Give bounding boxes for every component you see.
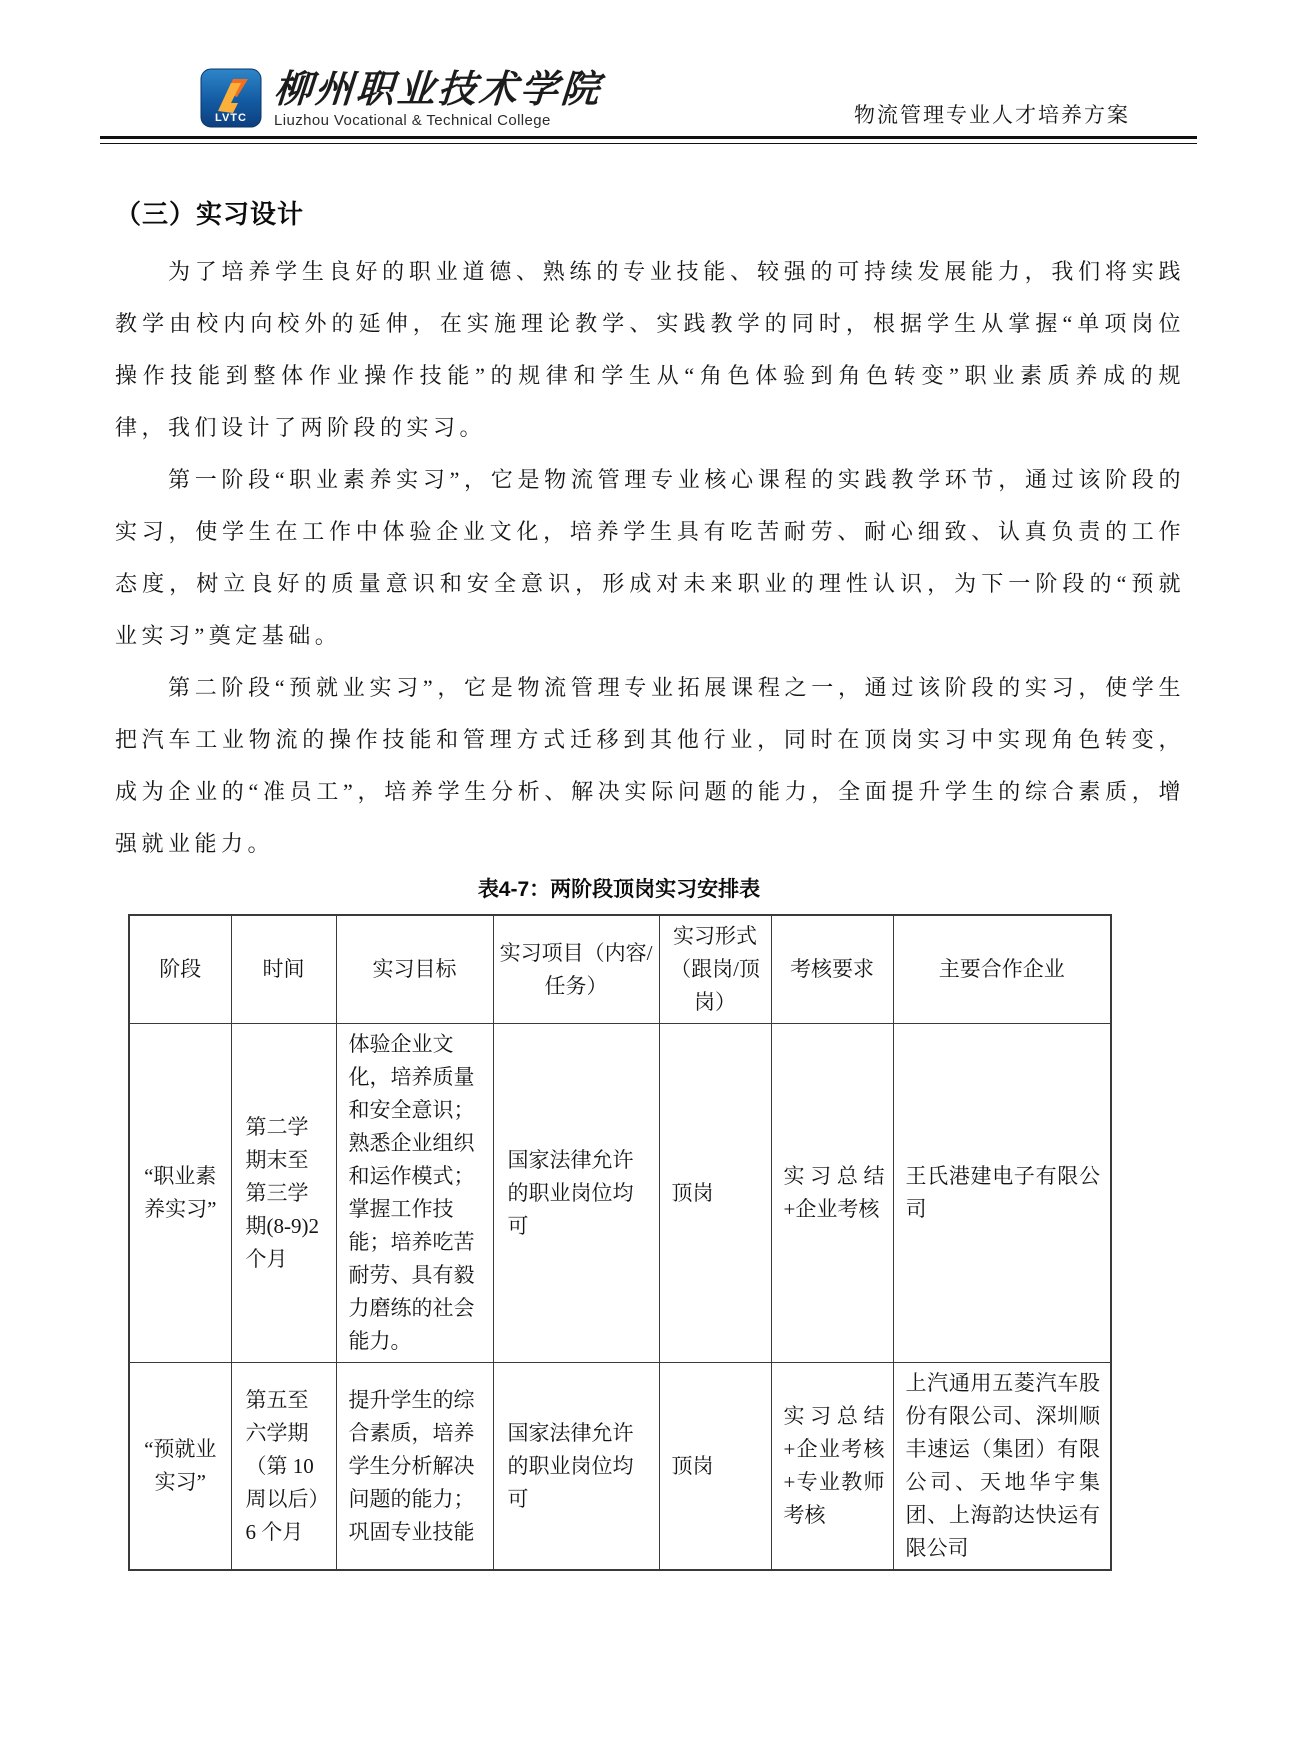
college-logo-icon: LVTC [200,68,262,128]
cell-partner: 上汽通用五菱汽车股份有限公司、深圳顺丰速运（集团）有限公司、天地华宇集团、上海韵… [893,1363,1111,1571]
header-cell-goal: 实习目标 [336,915,493,1024]
paragraph-1: 为了培养学生良好的职业道德、熟练的专业技能、较强的可持续发展能力，我们将实践教学… [115,246,1185,454]
header-cell-time: 时间 [231,915,336,1024]
cell-form: 顶岗 [659,1363,771,1571]
college-name-en: Liuzhou Vocational & Technical College [274,112,602,130]
cell-project: 国家法律允许的职业岗位均可 [493,1024,659,1363]
table-caption: 表4-7：两阶段顶岗实习安排表 [128,876,1110,904]
page-content: （三）实习设计 为了培养学生良好的职业道德、熟练的专业技能、较强的可持续发展能力… [0,196,1299,1571]
header-cell-project: 实习项目（内容/任务） [493,915,659,1024]
cell-form: 顶岗 [659,1024,771,1363]
paragraph-2: 第一阶段“职业素养实习”，它是物流管理专业核心课程的实践教学环节，通过该阶段的实… [115,454,1185,662]
college-brand: LVTC 柳州职业技术学院 Liuzhou Vocational & Techn… [200,68,602,130]
header-rule [100,136,1197,144]
cell-time: 第二学期末至第三学期(8-9)2 个月 [231,1024,336,1363]
cell-stage: “预就业实习” [129,1363,231,1571]
header-cell-assess: 考核要求 [771,915,893,1024]
cell-project: 国家法律允许的职业岗位均可 [493,1363,659,1571]
page-header: LVTC 柳州职业技术学院 Liuzhou Vocational & Techn… [0,0,1299,146]
table-row-pre-employment: “预就业实习” 第五至六学期（第 10 周以后）6 个月 提升学生的综合素质，培… [129,1363,1111,1571]
college-name-cn: 柳州职业技术学院 [273,68,604,110]
table-header-row: 阶段 时间 实习目标 实习项目（内容/任务） 实习形式（跟岗/顶岗） 考核要求 … [129,915,1111,1024]
cell-goal: 体验企业文化，培养质量和安全意识；熟悉企业组织和运作模式；掌握工作技能；培养吃苦… [336,1024,493,1363]
document-page: LVTC 柳州职业技术学院 Liuzhou Vocational & Techn… [0,0,1299,1754]
cell-time: 第五至六学期（第 10 周以后）6 个月 [231,1363,336,1571]
cell-partner: 王氏港建电子有限公司 [893,1024,1111,1363]
table-row-professional-quality: “职业素养实习” 第二学期末至第三学期(8-9)2 个月 体验企业文化，培养质量… [129,1024,1111,1363]
internship-schedule-table: 阶段 时间 实习目标 实习项目（内容/任务） 实习形式（跟岗/顶岗） 考核要求 … [128,914,1112,1571]
cell-assess: 实习总结+企业考核 [771,1024,893,1363]
document-title: 物流管理专业人才培养方案 [854,99,1130,129]
header-cell-form: 实习形式（跟岗/顶岗） [659,915,771,1024]
cell-stage: “职业素养实习” [129,1024,231,1363]
logo-badge-text: LVTC [215,112,247,124]
cell-goal: 提升学生的综合素质，培养学生分析解决问题的能力；巩固专业技能 [336,1363,493,1571]
section-heading: （三）实习设计 [115,196,1185,232]
cell-assess: 实习总结+企业考核+专业教师考核 [771,1363,893,1571]
header-cell-stage: 阶段 [129,915,231,1024]
brand-text: 柳州职业技术学院 Liuzhou Vocational & Technical … [274,68,602,130]
header-cell-partner: 主要合作企业 [893,915,1111,1024]
paragraph-3: 第二阶段“预就业实习”，它是物流管理专业拓展课程之一，通过该阶段的实习，使学生把… [115,662,1185,870]
